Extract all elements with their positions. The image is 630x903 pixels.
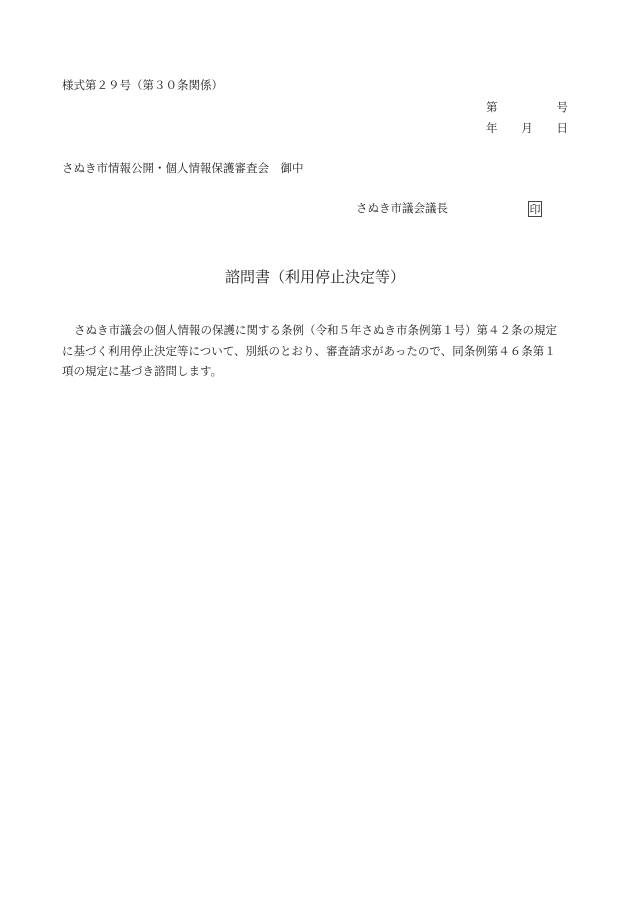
body-paragraph: さぬき市議会の個人情報の保護に関する条例（令和５年さぬき市条例第１号）第４２条の…	[62, 320, 574, 382]
reference-number-prefix: 第	[486, 102, 498, 114]
body-line: 項の規定に基づき諮問します。	[62, 361, 574, 382]
seal-icon: 印	[528, 201, 542, 217]
sender-name: さぬき市議会議長	[356, 203, 448, 215]
reference-number-suffix: 号	[557, 102, 569, 114]
addressee: さぬき市情報公開・個人情報保護審査会 御中	[62, 163, 304, 175]
form-number: 様式第２９号（第３０条関係）	[62, 80, 223, 92]
document-title: 諮問書（利用停止決定等）	[0, 270, 630, 285]
body-line: さぬき市議会の個人情報の保護に関する条例（令和５年さぬき市条例第１号）第４２条の…	[62, 320, 574, 341]
reference-number: 第 号	[486, 102, 568, 114]
date-year: 年	[486, 123, 498, 135]
date-line: 年 月 日	[486, 123, 568, 135]
date-day: 日	[557, 123, 569, 135]
body-line: に基づく利用停止決定等について、別紙のとおり、審査請求があったので、同条例第４６…	[62, 341, 574, 362]
date-month: 月	[521, 123, 533, 135]
